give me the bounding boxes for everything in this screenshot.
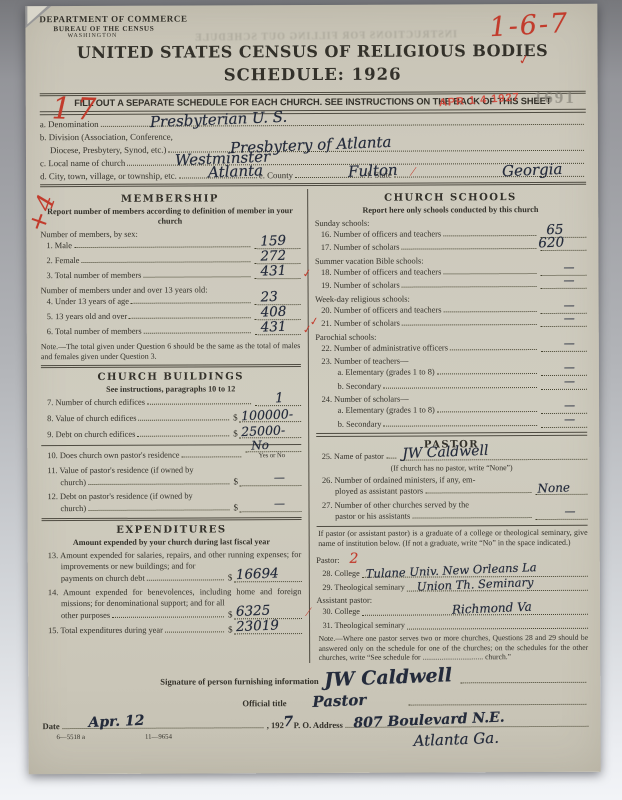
q27-value: — (564, 505, 575, 518)
q17-row: 17. Number of scholars 620 (321, 242, 586, 252)
dollar-sign: $ (233, 476, 238, 486)
dotted-leader (74, 245, 250, 248)
q24b-label: b. Secondary (338, 420, 382, 429)
q12-answer-line: — (239, 510, 301, 512)
q7-edifices-row: 7. Number of church edifices 1 (47, 397, 301, 407)
q30-answer-line: Richmond Va (362, 613, 588, 616)
q27-block: 27. Number of other churches served by t… (322, 500, 588, 521)
form-schedule-title: SCHEDULE: 1926 (40, 63, 586, 84)
q25-row: 25. Name of pastor JW Caldwell (322, 451, 587, 461)
po-address-value: 807 Boulevard N.E. (354, 709, 506, 731)
q3-value: 431 (260, 262, 286, 279)
dotted-leader (443, 272, 536, 274)
q21-answer-line: — (541, 325, 587, 327)
q28-row: 28. College Tulane Univ. New Orleans La (322, 568, 587, 578)
census-form-page: INSTRUCTIONS FOR FILLING OUT SCHEDULE 16… (25, 4, 600, 774)
q26-label-tail: ployed as assistant pastors (335, 487, 423, 496)
dotted-leader (143, 275, 250, 277)
dotted-leader (383, 424, 537, 427)
q13-block: 13. Amount expended for salaries, repair… (48, 550, 302, 583)
q30-row: 30. College Richmond Va (322, 606, 587, 616)
q2-label: 2. Female (46, 256, 79, 265)
form-columns: MEMBERSHIP Report number of members acco… (40, 188, 588, 664)
q4-label: 4. Under 13 years of age (47, 297, 129, 306)
q25-label: 25. Name of pastor (322, 452, 384, 461)
q1-label: 1. Male (46, 241, 72, 250)
q26-value: None (537, 481, 570, 496)
q7-value: 1 (274, 390, 283, 406)
q8-label: 8. Value of church edifices (47, 414, 136, 423)
double-rule (316, 432, 587, 437)
q9-label: 9. Debt on church edifices (47, 430, 135, 439)
dotted-leader (443, 234, 536, 236)
q6-value: 431 (260, 318, 286, 335)
summer-schools-heading: Summer vacation Bible schools: (315, 256, 586, 266)
q12-block: 12. Debt on pastor's residence (if owned… (47, 491, 301, 513)
pastor-label: Pastor: (316, 556, 339, 565)
q23b-value: — (564, 375, 575, 388)
county-label: e. County (259, 170, 293, 180)
local-name-label: c. Local name of church (40, 157, 125, 167)
q10-label: 10. Does church own pastor's residence (47, 450, 179, 460)
dotted-leader (437, 410, 537, 412)
q23a-label: a. Elementary (grades 1 to 8) (337, 368, 434, 377)
dotted-leader (88, 482, 229, 485)
denomination-label: a. Denomination (40, 119, 99, 129)
q17-value: 620 (538, 235, 564, 252)
dollar-sign: $ (228, 572, 233, 582)
q24a-row: a. Elementary (grades 1 to 8) — (338, 405, 587, 415)
signature-value: JW Caldwell (324, 664, 453, 691)
q11-label-2: church) (60, 478, 86, 487)
dotted-leader (450, 348, 537, 350)
pastor-note: Note.—Where one pastor serves two or mor… (319, 633, 589, 663)
form-number-2: 11—9654 (145, 733, 172, 751)
q13-answer-line: 16694 (233, 580, 301, 582)
q3-label: 3. Total number of members (46, 271, 141, 280)
q22-label: 22. Number of administrative officers (321, 343, 448, 353)
city-label: d. City, town, village, or township, etc… (40, 170, 177, 181)
membership-note: Note.—The total given under Question 6 s… (41, 341, 301, 362)
q5-label: 5. 13 years old and over (47, 312, 128, 321)
membership-subtitle: Report number of members according to de… (40, 206, 300, 227)
form-number-1: 6—5518 a (57, 734, 86, 752)
q26-tail-row: ployed as assistant pastors None (322, 486, 587, 496)
q6-label: 6. Total number of members (47, 327, 142, 336)
dotted-leader (386, 457, 396, 459)
church-identity-section: a. Denomination Presbyterian U. S. b. Di… (40, 116, 586, 187)
show-through-number: 1691 (534, 88, 576, 108)
q20-row: 20. Number of officers and teachers — (321, 305, 586, 315)
q3-total-row: 3. Total number of members 431✓ (46, 270, 300, 280)
signature-label: Signature of person furnishing informati… (160, 675, 318, 686)
q25-hint: (If church has no pastor, write “None”) (316, 463, 587, 473)
q29-row: 29. Theological seminary Union Th. Semin… (322, 581, 587, 591)
official-title-value: Pastor (312, 690, 367, 710)
dotted-leader (88, 508, 229, 511)
dotted-leader (137, 434, 229, 436)
q15-answer-line: 23019 (234, 632, 302, 634)
left-column: MEMBERSHIP Report number of members acco… (40, 189, 310, 664)
field-division-line2: Diocese, Presbytery, Synod, etc.) Presby… (40, 142, 586, 154)
q18-row: 18. Number of officers and teachers — (321, 267, 586, 277)
q27-tail-row: pastor or his assistants — (322, 511, 587, 521)
q13-tail-row: payments on church debt $ 16694 (48, 572, 302, 583)
q25-value: JW Caldwell (402, 443, 489, 462)
official-title-row: Official title Pastor (42, 690, 588, 708)
dollar-sign: $ (228, 609, 233, 619)
q31-label: 31. Theological seminary (323, 620, 405, 629)
expenditures-title: EXPENDITURES (42, 524, 302, 536)
po-address-city-value: Atlanta Ga. (413, 728, 499, 749)
q19-value: — (563, 274, 574, 287)
church-buildings-subtitle: See instructions, paragraphs 10 to 12 (41, 384, 301, 395)
q13-value: 16694 (235, 565, 279, 583)
q24-heading: 24. Number of scholars— (322, 394, 587, 404)
dollar-sign: $ (233, 428, 238, 438)
dotted-leader (129, 316, 250, 319)
red-mark-q14: ∕ (307, 604, 309, 620)
q26-answer-line: None (535, 493, 587, 495)
q10-yes-no-hint: Yes or No (259, 452, 285, 459)
dotted-leader (165, 630, 224, 632)
q12-value: — (274, 497, 285, 510)
dotted-leader (139, 418, 230, 420)
q25-answer-line: JW Caldwell (400, 458, 587, 461)
date-field: Date Apr. 12 , 192 7 (42, 714, 293, 731)
paper-fold-highlight (27, 6, 47, 24)
q29-label: 29. Theological seminary (322, 582, 404, 591)
q8-value: 100000- (240, 406, 293, 423)
red-annotation-code: 1-6-7 (489, 8, 570, 43)
dotted-leader (81, 260, 250, 263)
q9-answer-line: 25000- (239, 436, 301, 438)
form-number-row: 6—5518 a 11—9654 Atlanta Ga. (43, 731, 589, 751)
field-city-county-state: d. City, town, village, or township, etc… (40, 168, 586, 180)
dotted-leader (131, 301, 250, 304)
dotted-leader (460, 680, 586, 683)
date-value: Apr. 12 (88, 712, 145, 730)
dotted-leader (444, 310, 537, 312)
date-address-row: Date Apr. 12 , 192 7 P. O. Address 807 B… (42, 712, 588, 730)
q15-value: 23019 (235, 617, 279, 635)
q31-row: 31. Theological seminary (323, 619, 588, 629)
right-column: CHURCH SCHOOLS Report here only schools … (308, 188, 589, 663)
weekday-schools-heading: Week-day religious schools: (315, 294, 586, 304)
dotted-leader (402, 247, 537, 250)
q22-value: — (564, 337, 575, 350)
single-rule (316, 525, 587, 527)
q11-answer-line: — (239, 484, 301, 486)
q28-label: 28. College (322, 569, 359, 578)
q10-residence-row: 10. Does church own pastor's residence N… (47, 450, 301, 460)
division-label-1: b. Division (Association, Conference, (40, 131, 173, 142)
field-denomination: a. Denomination Presbyterian U. S. (40, 116, 586, 128)
q23a-value: — (564, 361, 575, 374)
q17-label: 17. Number of scholars (321, 243, 400, 252)
dotted-leader (383, 386, 537, 389)
q31-answer-line (407, 626, 588, 629)
q22-answer-line: — (541, 350, 587, 352)
q15-label: 15. Total expenditures during year (48, 625, 163, 635)
pastor-section: PASTOR 25. Name of pastor JW Caldwell (I… (316, 439, 588, 663)
q22-row: 22. Number of administrative officers — (321, 343, 586, 353)
q18-value: — (563, 261, 574, 274)
q15-total-row: 15. Total expenditures during year $ 230… (48, 624, 302, 635)
signature-row: Signature of person furnishing informati… (42, 665, 588, 686)
q21-value: — (564, 312, 575, 325)
form-title: UNITED STATES CENSUS OF RELIGIOUS BODIES (39, 40, 585, 61)
q23b-row: b. Secondary — (338, 381, 587, 391)
q20-label: 20. Number of officers and teachers (321, 305, 441, 315)
expenditures-subtitle: Amount expended by your church during la… (42, 537, 302, 548)
po-answer-line: 807 Boulevard N.E. (346, 724, 589, 727)
q24a-value: — (564, 399, 575, 412)
q26-block: 26. Number of ordained ministers, if any… (322, 475, 588, 496)
q19-row: 19. Number of scholars — (321, 280, 586, 290)
double-rule (42, 517, 302, 522)
county-value: Fulton (348, 160, 398, 180)
q27-answer-line: — (536, 518, 588, 520)
q24b-value: — (564, 413, 575, 426)
po-address-line2: Atlanta Ga. (413, 730, 499, 748)
q13-label-tail: payments on church debt (61, 574, 145, 583)
q24a-label: a. Elementary (grades 1 to 8) (338, 406, 435, 415)
q30-value: Richmond Va (452, 600, 532, 617)
q12-tail-row: church) $ — (47, 502, 301, 513)
q24b-answer-line: — (541, 426, 587, 428)
dotted-leader (412, 516, 531, 519)
q3-answer-line: 431✓ (254, 277, 300, 279)
dotted-leader (147, 402, 251, 404)
official-title-label: Official title (242, 698, 286, 708)
q24b-row: b. Secondary — (338, 419, 587, 429)
church-schools-subtitle: Report here only schools conducted by th… (315, 205, 586, 216)
dotted-leader (147, 578, 224, 580)
date-label: Date (42, 721, 59, 731)
double-rule (40, 181, 586, 187)
q14-label-tail: other purposes (61, 611, 110, 620)
dollar-sign: $ (234, 502, 239, 512)
graduate-instructions: If pastor (or assistant pastor) is a gra… (318, 528, 588, 549)
q10-value: No (251, 438, 269, 453)
state-value: Georgia (502, 159, 563, 179)
po-address-field: P. O. Address 807 Boulevard N.E. (294, 718, 589, 729)
dotted-leader (408, 702, 586, 705)
q11-block: 11. Value of pastor's residence (if owne… (47, 465, 301, 487)
red-check-county: ∕ (412, 163, 414, 179)
date-year-digit: 7 (284, 713, 294, 729)
q11-tail-row: church) $ — (47, 476, 301, 487)
q18-label: 18. Number of officers and teachers (321, 267, 441, 277)
q14-block: 14. Amount expended for benevolences, in… (48, 587, 302, 620)
q12-label-2: church) (60, 504, 86, 513)
dotted-leader (182, 455, 241, 457)
church-schools-title: CHURCH SCHOOLS (315, 192, 586, 204)
q29-answer-line: Union Th. Seminary (407, 588, 588, 591)
q17-answer-line: 620 (540, 249, 586, 251)
dotted-leader (425, 491, 531, 493)
q27-label-tail: pastor or his assistants (335, 512, 410, 521)
date-printed-year: , 192 (267, 720, 284, 730)
q16-label: 16. Number of officers and teachers (321, 229, 441, 239)
church-buildings-title: CHURCH BUILDINGS (41, 371, 301, 383)
q8-value-row: 8. Value of church edifices $ 100000- (47, 412, 301, 423)
q10-answer-stack: No Yes or No (243, 450, 301, 459)
dotted-leader (144, 331, 251, 333)
dotted-leader (402, 323, 537, 326)
dotted-leader (112, 615, 224, 617)
membership-title: MEMBERSHIP (40, 193, 300, 205)
q20-value: — (564, 299, 575, 312)
q6-answer-line: 431✓ (254, 333, 300, 335)
q23b-answer-line: — (541, 388, 587, 390)
parochial-schools-heading: Parochial schools: (315, 332, 586, 342)
q10-answer-line: No (245, 450, 301, 452)
signature-section: Signature of person furnishing informati… (42, 665, 588, 751)
red-check-q21: ✓ (308, 315, 319, 329)
q6-total-row: 6. Total number of members 431✓ (47, 326, 301, 336)
city-value: Atlanta (208, 161, 264, 181)
q23b-label: b. Secondary (338, 382, 382, 391)
q23a-row: a. Elementary (grades 1 to 8) — (337, 367, 586, 377)
q7-label: 7. Number of church edifices (47, 398, 145, 407)
q4-value: 23 (260, 289, 278, 306)
date-answer-line: Apr. 12 (63, 726, 264, 729)
q23-heading: 23. Number of teachers— (321, 356, 586, 366)
red-mark-pastor: 2 (350, 551, 359, 567)
dollar-sign: $ (228, 624, 233, 634)
po-address-label: P. O. Address (294, 719, 343, 729)
dollar-sign: $ (233, 412, 238, 422)
q19-label: 19. Number of scholars (321, 281, 400, 290)
q30-label: 30. College (322, 607, 359, 616)
q9-value: 25000- (240, 422, 285, 439)
q19-answer-line: — (541, 287, 587, 289)
double-rule (41, 364, 301, 369)
photo-background: INSTRUCTIONS FOR FILLING OUT SCHEDULE 16… (0, 0, 622, 800)
q8-answer-line: 100000- (239, 420, 301, 422)
division-label-2: Diocese, Presbytery, Synod, etc.) (40, 144, 166, 155)
q21-row: ✓ 21. Number of scholars — (321, 318, 586, 328)
dotted-leader (437, 372, 537, 374)
dotted-leader (402, 285, 537, 288)
q11-value: — (274, 471, 285, 484)
q21-label: 21. Number of scholars (321, 319, 400, 328)
